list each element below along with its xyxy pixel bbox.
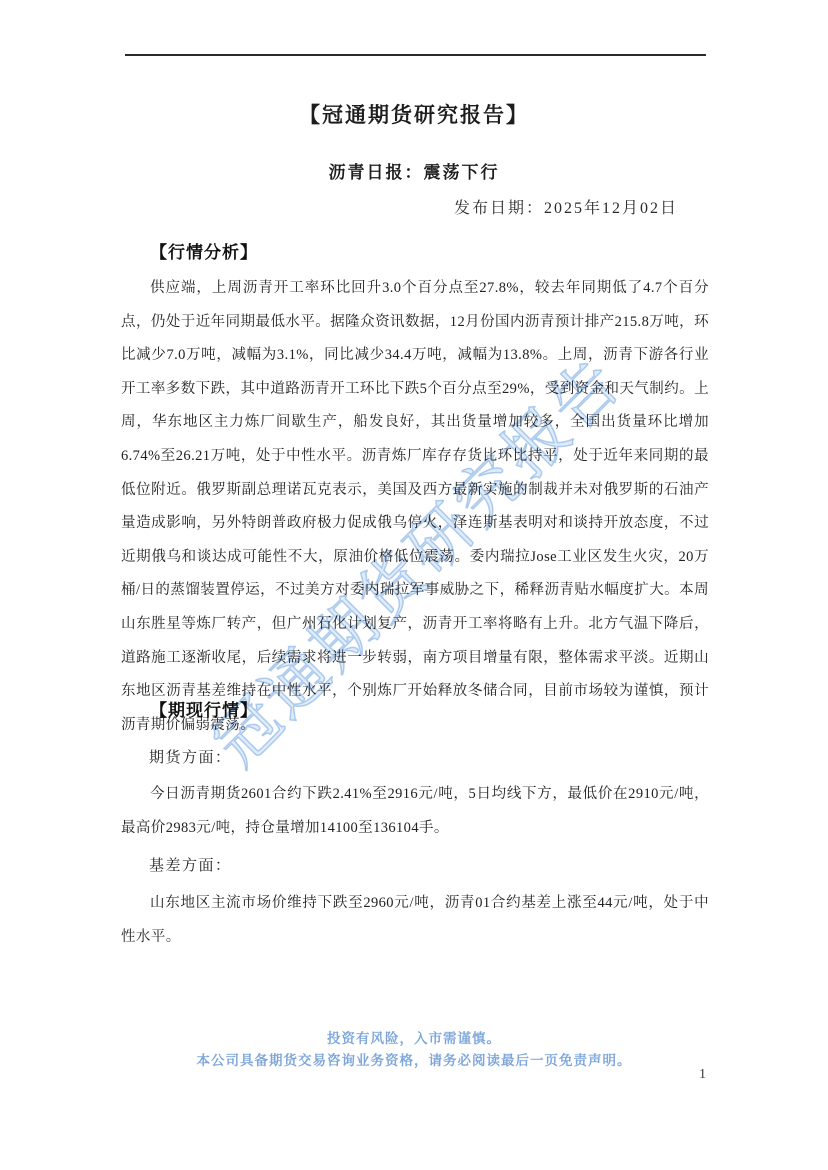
report-subtitle: 沥青日报：震荡下行	[0, 158, 828, 183]
basis-label: 基差方面：	[149, 854, 232, 875]
section-heading-markets: 【期现行情】	[150, 696, 258, 721]
report-page: 冠通期货研究报告 【冠通期货研究报告】 沥青日报：震荡下行 发布日期：2025年…	[0, 0, 828, 1170]
section-heading-analysis: 【行情分析】	[150, 238, 258, 263]
page-number: 1	[699, 1067, 706, 1083]
header-rule	[125, 54, 706, 56]
futures-paragraph: 今日沥青期货2601合约下跌2.41%至2916元/吨，5日均线下方，最低价在2…	[121, 778, 709, 845]
futures-label: 期货方面：	[149, 746, 232, 767]
page-footer: 投资有风险，入市需谨慎。 本公司具备期货交易咨询业务资格，请务必阅读最后一页免责…	[0, 1028, 828, 1071]
footer-risk-line: 投资有风险，入市需谨慎。	[0, 1028, 828, 1050]
report-title: 【冠通期货研究报告】	[0, 99, 828, 129]
publish-date: 发布日期：2025年12月02日	[454, 195, 678, 218]
analysis-paragraph: 供应端，上周沥青开工率环比回升3.0个百分点至27.8%，较去年同期低了4.7个…	[121, 272, 709, 742]
basis-paragraph: 山东地区主流市场价维持下跌至2960元/吨，沥青01合约基差上涨至44元/吨，处…	[121, 887, 709, 954]
content-layer: 【冠通期货研究报告】 沥青日报：震荡下行 发布日期：2025年12月02日 【行…	[0, 0, 828, 1170]
